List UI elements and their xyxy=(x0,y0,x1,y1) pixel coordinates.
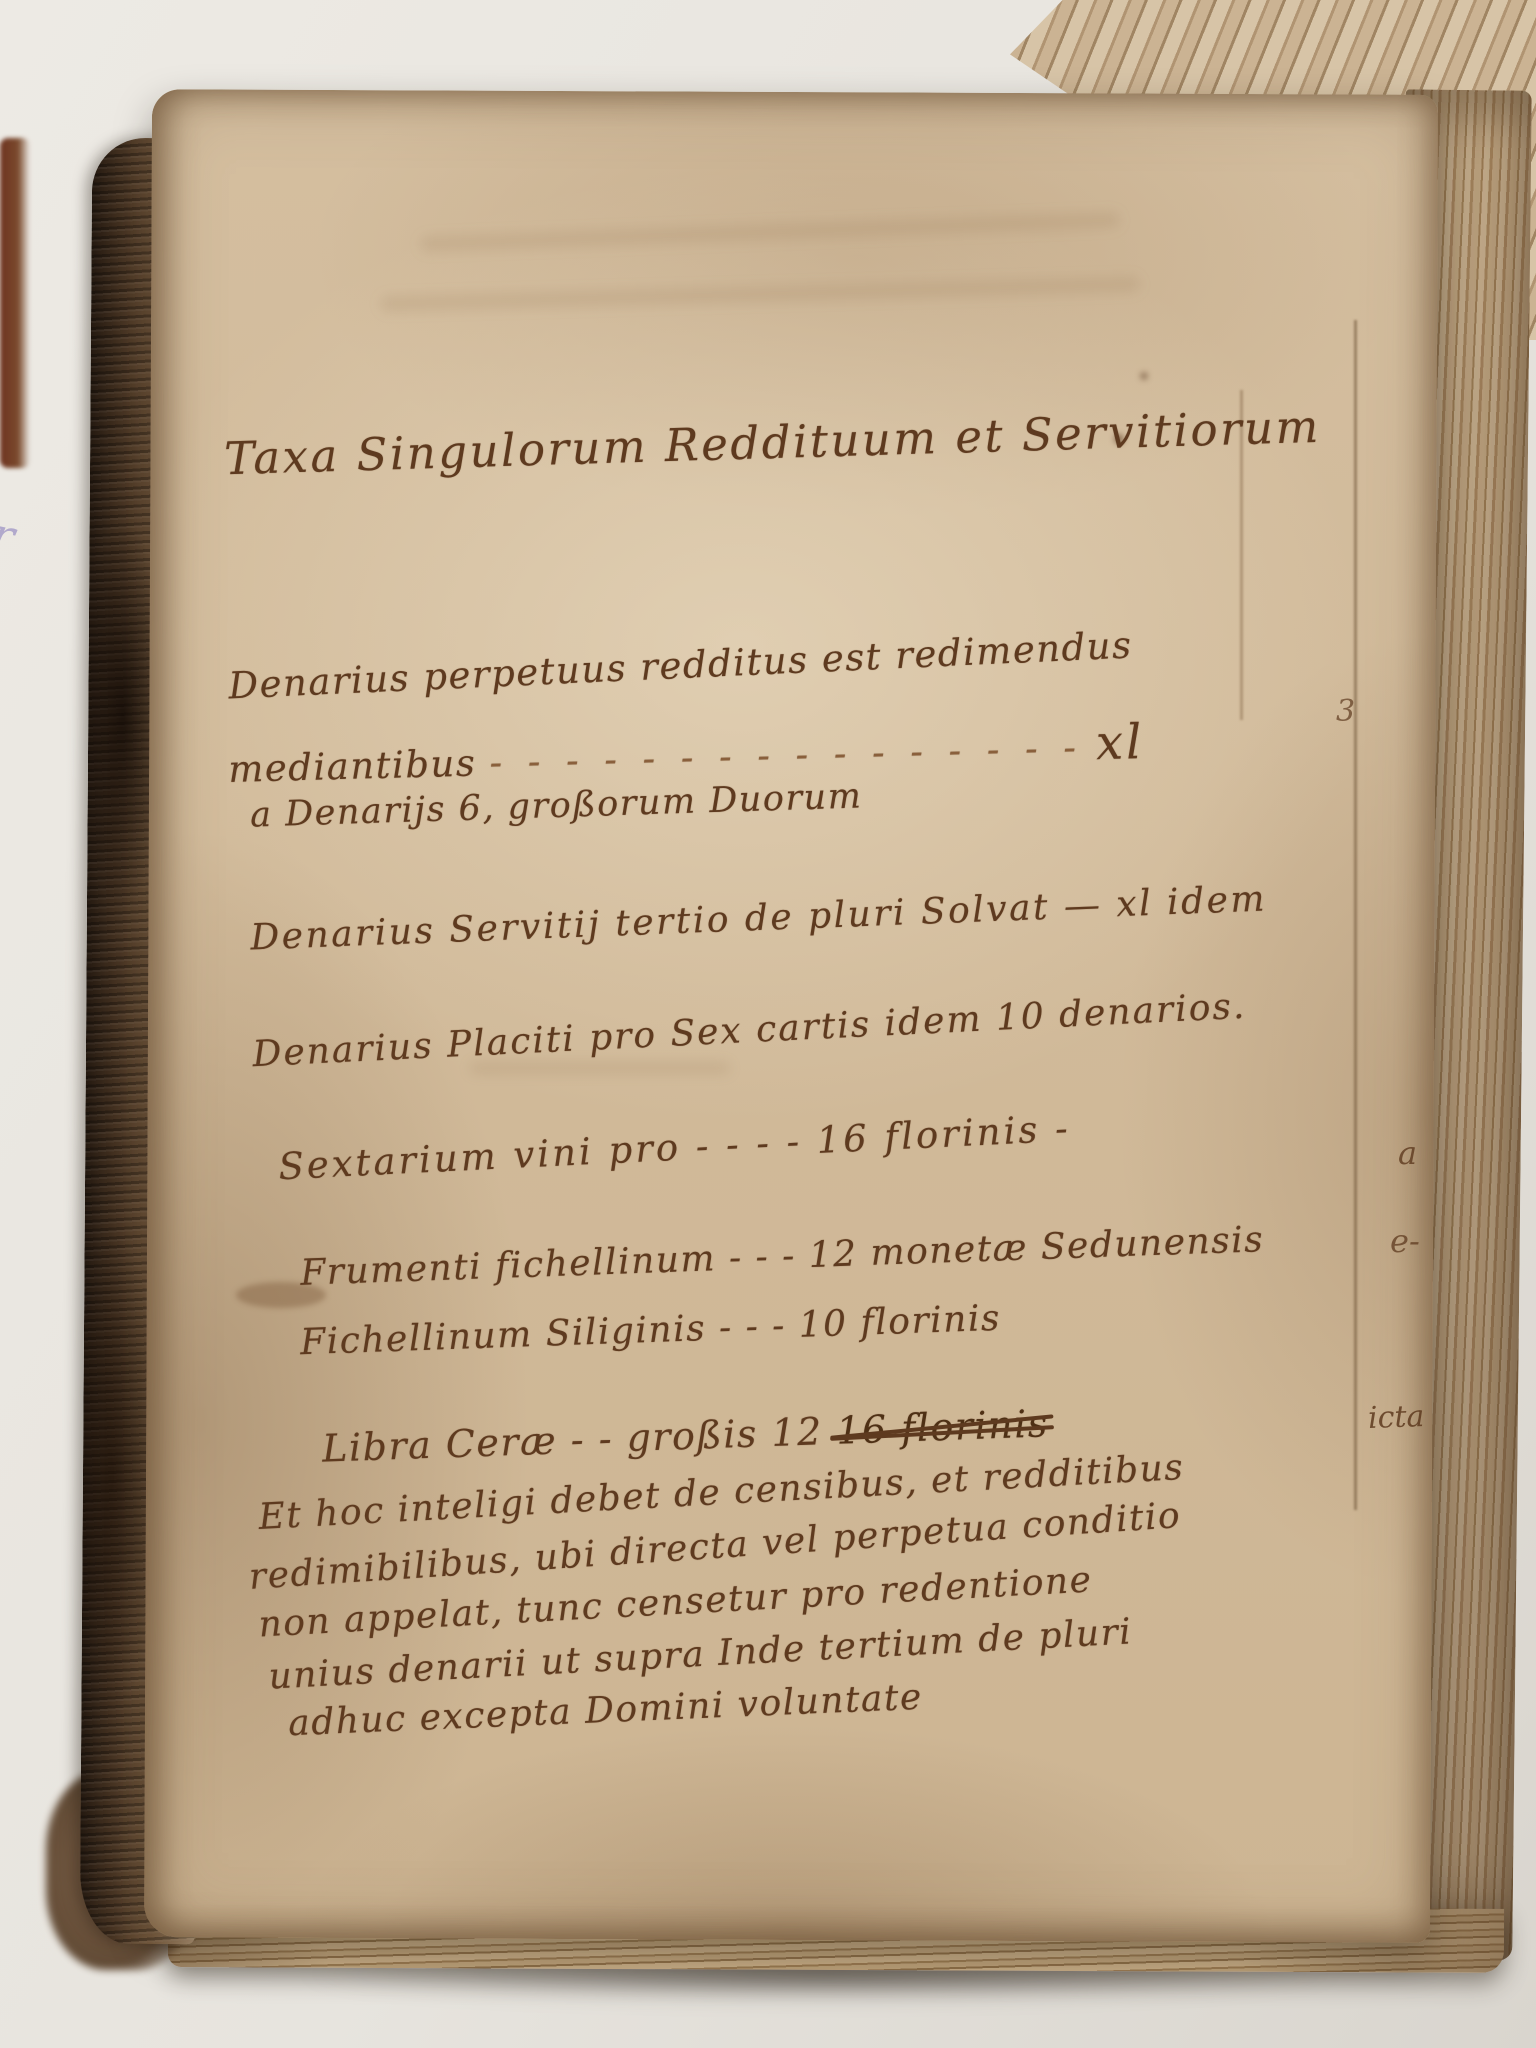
ink-showthrough xyxy=(470,1062,730,1074)
ink-dot xyxy=(1140,372,1148,380)
right-margin-fragment: e- xyxy=(1390,1222,1420,1260)
left-margin-mark: r xyxy=(0,506,19,563)
struck-text: 16 florinis xyxy=(836,1401,1050,1452)
right-margin-fragment: icta xyxy=(1367,1399,1425,1436)
cover-edge-top xyxy=(0,138,30,468)
underlying-page-edge xyxy=(1354,320,1357,1510)
line-value: xl xyxy=(1095,714,1145,771)
right-margin-fragment: 3 xyxy=(1336,694,1355,729)
manuscript-photo: Taxa Singulorum Reddituum et Servitiorum… xyxy=(0,0,1536,2048)
line-word: mediantibus xyxy=(228,742,477,791)
right-margin-fragment: a xyxy=(1398,1134,1417,1172)
